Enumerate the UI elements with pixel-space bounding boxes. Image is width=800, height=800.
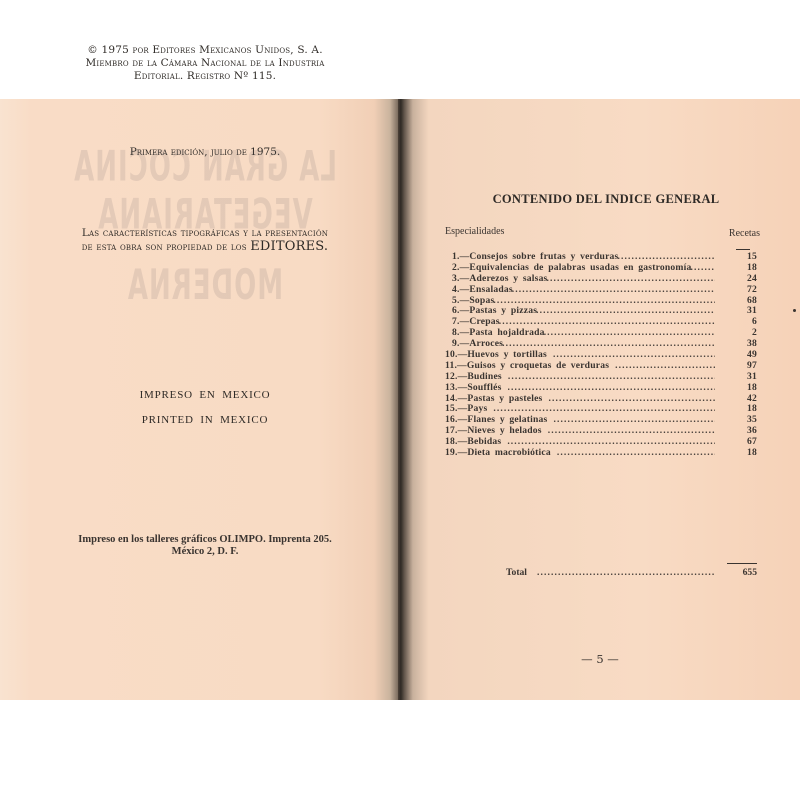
- page-number: — 5 —: [540, 652, 660, 666]
- column-recetas: Recetas: [729, 228, 760, 239]
- toc-list: 1.—Consejos sobre frutas y verduras15...…: [445, 252, 757, 459]
- toc-entry: 13.—Soufflés18..........................…: [445, 383, 757, 394]
- dot-leader: ........................................…: [536, 306, 715, 317]
- recetas-rule: [736, 249, 750, 250]
- copyright-notice: © 1975 por Editores Mexicanos Unidos, S.…: [40, 44, 370, 83]
- toc-entry-label: 4.—Ensaladas: [452, 285, 513, 296]
- toc-entry-recetas: 72: [731, 285, 757, 296]
- dot-leader: ........................................…: [615, 361, 715, 372]
- total-label: Total: [506, 567, 527, 578]
- toc-entry: 14.—Pastas y pasteles42.................…: [445, 394, 757, 405]
- dot-leader: ........................................…: [544, 328, 715, 339]
- dot-leader: ........................................…: [508, 383, 715, 394]
- dot-leader: ........................................…: [548, 426, 715, 437]
- dot-leader: ........................................…: [548, 394, 715, 405]
- total-row: Total ..................................…: [445, 567, 757, 578]
- copyright-line: © 1975 por Editores Mexicanos Unidos, S.…: [40, 44, 370, 57]
- toc-entry: 4.—Ensaladas72..........................…: [445, 285, 757, 296]
- copyright-line: Miembro de la Cámara Nacional de la Indu…: [40, 57, 370, 70]
- printer-line: México 2, D. F.: [40, 546, 370, 558]
- dot-leader: ........................................…: [508, 372, 715, 383]
- margin-mark: [793, 309, 796, 312]
- rights-line: de esta obra son propiedad de los EDITOR…: [40, 240, 370, 254]
- rights-notice: Las características tipográficas y la pr…: [40, 227, 370, 254]
- dot-leader: ........................................…: [557, 448, 715, 459]
- book-gutter: [398, 99, 405, 700]
- impreso-en-mexico: IMPRESO EN MEXICO: [40, 389, 370, 401]
- printer-line: Impreso en los talleres gráficos OLIMPO.…: [40, 534, 370, 546]
- dot-leader: ........................................…: [547, 274, 716, 285]
- toc-title: CONTENIDO DEL INDICE GENERAL: [440, 192, 772, 207]
- printer-info: Impreso en los talleres gráficos OLIMPO.…: [40, 534, 370, 558]
- dot-leader: ........................................…: [537, 567, 715, 578]
- toc-entry-label: 13.—Soufflés: [445, 383, 502, 394]
- column-especialidades: Especialidades: [445, 226, 504, 237]
- toc-entry-recetas: 18: [731, 383, 757, 394]
- dot-leader: ........................................…: [553, 415, 715, 426]
- toc-entry: 19.—Dieta macrobiótica18................…: [445, 448, 757, 459]
- total-value: 655: [743, 567, 757, 578]
- dot-leader: ........................................…: [512, 285, 715, 296]
- total-rule: [727, 563, 757, 564]
- copyright-line: Editorial. Registro Nº 115.: [40, 70, 370, 83]
- toc-entry-recetas: 18: [731, 448, 757, 459]
- dot-leader: ........................................…: [690, 263, 715, 274]
- editores-emphasis: EDITORES.: [250, 239, 328, 254]
- toc-entry-label: 19.—Dieta macrobiótica: [445, 448, 551, 459]
- printed-in-mexico: PRINTED IN MEXICO: [40, 414, 370, 426]
